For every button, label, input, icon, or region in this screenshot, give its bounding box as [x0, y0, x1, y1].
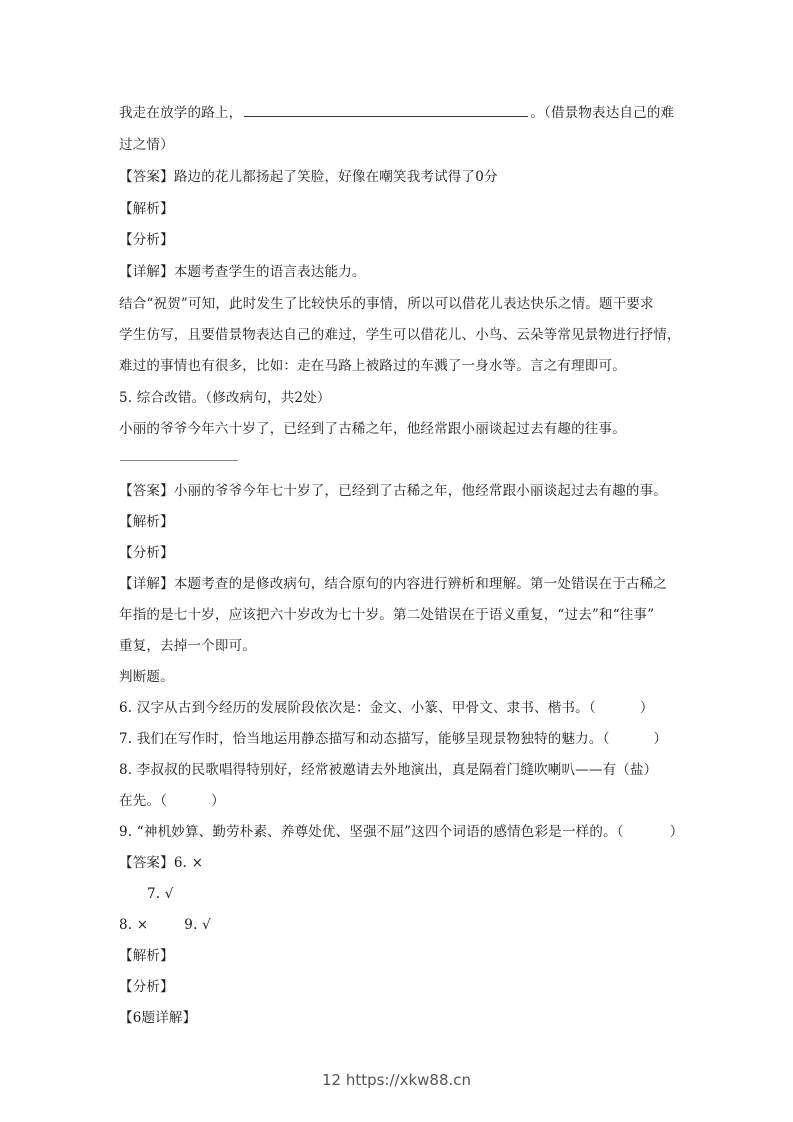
answer-tag: 【答案】 [119, 855, 174, 871]
judgement-question-9: 9. “神机妙算、勤劳朴素、养尊处优、坚强不屈”这四个词语的感情色彩是一样的。（… [119, 822, 679, 842]
judgement-answer-7: 7. √ [147, 884, 707, 904]
judgement-fenxi-tag: 【分析】 [119, 977, 679, 997]
q5-answer-line [120, 460, 238, 461]
q4-xiangjie: 【详解】本题考查学生的语言表达能力。 [119, 262, 679, 282]
q4-explanation-line-3: 难过的事情也有很多，比如：走在马路上被路过的车溅了一身水等。言之有理即可。 [119, 356, 679, 376]
q4-prompt-cont: 过之情） [119, 135, 679, 155]
q5-jiexi-tag: 【解析】 [119, 512, 679, 532]
section-title-judgement: 判断题。 [119, 667, 679, 687]
q8-close-paren: ） [211, 793, 225, 809]
answer-tag: 【答案】 [119, 169, 174, 185]
q7-text: 7. 我们在写作时，恰当地运用静态描写和动态描写，能够呈现景物独特的魅力。（ [119, 731, 610, 747]
q5-title: 5. 综合改错。（修改病句，共2处） [119, 388, 679, 408]
q4-answer-text: 路边的花儿都扬起了笑脸，好像在嘲笑我考试得了0分 [174, 169, 498, 185]
q4-xiangjie-text: 本题考查学生的语言表达能力。 [174, 264, 366, 280]
q5-xiangjie-line-2: 年指的是七十岁，应该把六十岁改为七十岁。第二处错误在于语义重复，“过去”和“往事… [119, 605, 679, 625]
q5-answer-text: 小丽的爷爷今年七十岁了，已经到了古稀之年，他经常跟小丽谈起过去有趣的事。 [174, 483, 667, 499]
q4-answer: 【答案】路边的花儿都扬起了笑脸，好像在嘲笑我考试得了0分 [119, 167, 679, 187]
page-number: 12 [322, 1071, 341, 1089]
q4-explanation-line-1: 结合“祝贺”可知，此时发生了比较快乐的事情，所以可以借花儿表达快乐之情。题干要求 [119, 294, 679, 314]
xiangjie-tag: 【详解】 [119, 576, 174, 592]
judgement-jiexi-tag: 【解析】 [119, 946, 679, 966]
q5-xiangjie-line-1: 【详解】本题考查的是修改病句，结合原句的内容进行辨析和理解。第一处错误在于古稀之 [119, 574, 679, 594]
q7-close-paren: ） [654, 731, 668, 747]
judgement-question-8-cont: 在先。（） [119, 791, 679, 811]
q4-explanation-line-2: 学生仿写，且要借景物表达自己的难过，学生可以借花儿、小鸟、云朵等常见景物进行抒情… [119, 325, 679, 345]
judgement-answer-8-9: 8. ×9. √ [119, 915, 679, 935]
q4-answer-blank [244, 102, 528, 117]
answer-tag: 【答案】 [119, 483, 174, 499]
xiangjie-tag: 【详解】 [119, 264, 174, 280]
q6-detail-tag: 【6题详解】 [119, 1008, 679, 1028]
answer-8: 8. × [119, 917, 148, 933]
q8-cont-text: 在先。（ [119, 793, 167, 809]
page-footer: 12 https://xkw88.cn [0, 1070, 793, 1090]
q5-fenxi-tag: 【分析】 [119, 543, 679, 563]
q4-prompt-after-blank: 。（借景物表达自己的难 [530, 105, 674, 121]
answer-9: 9. √ [184, 917, 211, 933]
q4-prompt-line: 我走在放学的路上，。（借景物表达自己的难 [119, 102, 679, 123]
q6-text: 6. 汉字从古到今经历的发展阶段依次是：金文、小篆、甲骨文、隶书、楷书。（ [119, 700, 596, 716]
answer-6: 6. × [174, 855, 203, 871]
judgement-question-8: 8. 李叔叔的民歌唱得特别好，经常被邀请去外地演出，真是隔着门缝吹喇叭——有（盐… [119, 760, 679, 780]
judgement-question-7: 7. 我们在写作时，恰当地运用静态描写和动态描写，能够呈现景物独特的魅力。（） [119, 729, 679, 749]
judgement-question-6: 6. 汉字从古到今经历的发展阶段依次是：金文、小篆、甲骨文、隶书、楷书。（） [119, 698, 679, 718]
judgement-answer-6: 【答案】6. × [119, 853, 679, 873]
q4-jiexi-tag: 【解析】 [119, 199, 679, 219]
footer-site-link[interactable]: https://xkw88.cn [346, 1071, 471, 1089]
q5-xiangjie-text-1: 本题考查的是修改病句，结合原句的内容进行辨析和理解。第一处错误在于古稀之 [174, 576, 667, 592]
document-page: 我走在放学的路上，。（借景物表达自己的难 过之情） 【答案】路边的花儿都扬起了笑… [0, 0, 793, 1122]
q4-prompt-before-blank: 我走在放学的路上， [119, 105, 242, 121]
q4-fenxi-tag: 【分析】 [119, 230, 679, 250]
q9-close-paren: ） [670, 824, 684, 840]
q6-close-paren: ） [640, 700, 654, 716]
q9-text: 9. “神机妙算、勤劳朴素、养尊处优、坚强不屈”这四个词语的感情色彩是一样的。（ [119, 824, 624, 840]
q5-sentence: 小丽的爷爷今年六十岁了，已经到了古稀之年，他经常跟小丽谈起过去有趣的往事。 [119, 419, 679, 439]
q5-xiangjie-line-3: 重复，去掉一个即可。 [119, 636, 679, 656]
q5-answer: 【答案】小丽的爷爷今年七十岁了，已经到了古稀之年，他经常跟小丽谈起过去有趣的事。 [119, 481, 679, 501]
